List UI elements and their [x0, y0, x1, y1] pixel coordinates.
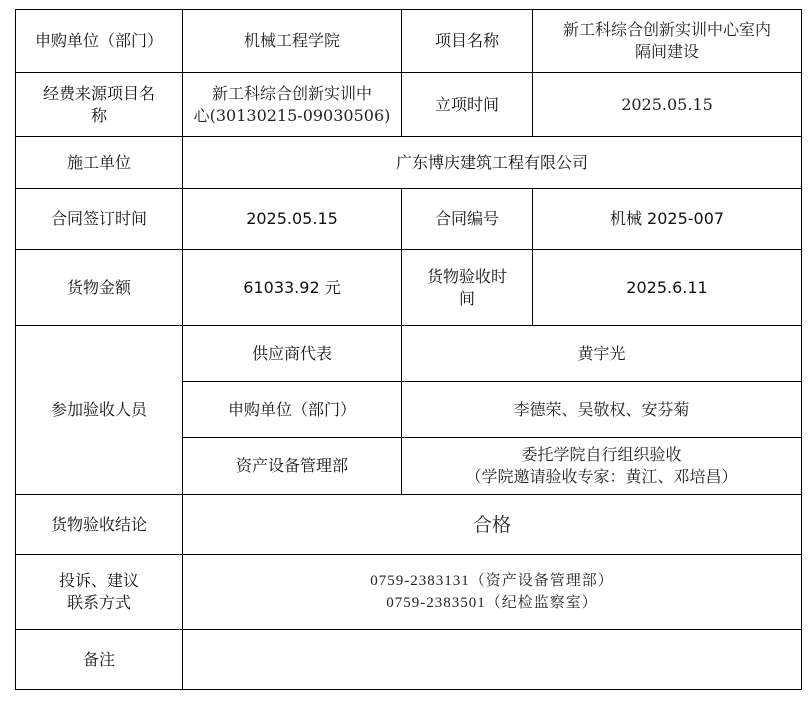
participant-role: 供应商代表	[183, 326, 402, 382]
funding-label: 经费来源项目名 称	[16, 73, 183, 137]
acceptance-form-table: 申购单位（部门） 机械工程学院 项目名称 新工科综合创新实训中心室内 隔间建设 …	[15, 9, 802, 690]
participant-names: 李德荣、吴敬权、安芬菊	[402, 382, 802, 438]
contact-label: 投诉、建议 联系方式	[16, 555, 183, 630]
funding-value: 新工科综合创新实训中 心(30130215-09030506)	[183, 73, 402, 137]
acceptance-time-label: 货物验收时 间	[402, 250, 533, 326]
row-remarks: 备注	[16, 630, 802, 690]
participants-label: 参加验收人员	[16, 326, 183, 495]
contract-date-value: 2025.05.15	[183, 189, 402, 250]
project-name-label: 项目名称	[402, 10, 533, 73]
contract-date-label: 合同签订时间	[16, 189, 183, 250]
funding-value-line-2: 心(30130215-09030506)	[187, 105, 397, 127]
funding-label-line-1: 经费来源项目名	[20, 83, 178, 105]
project-name-line-2: 隔间建设	[537, 41, 797, 63]
participant-names: 委托学院自行组织验收 （学院邀请验收专家：黄江、邓培昌）	[402, 438, 802, 495]
acceptance-time-label-line-1: 货物验收时	[406, 266, 528, 288]
acceptance-time-label-line-2: 间	[406, 288, 528, 310]
funding-value-line-1: 新工科综合创新实训中	[187, 83, 397, 105]
approval-time-value: 2025.05.15	[533, 73, 802, 137]
row-contact: 投诉、建议 联系方式 0759-2383131（资产设备管理部） 0759-23…	[16, 555, 802, 630]
participant-role: 资产设备管理部	[183, 438, 402, 495]
conclusion-value: 合格	[183, 495, 802, 555]
row-amount: 货物金额 61033.92 元 货物验收时 间 2025.6.11	[16, 250, 802, 326]
row-contract: 合同签订时间 2025.05.15 合同编号 机械 2025-007	[16, 189, 802, 250]
purchaser-value: 机械工程学院	[183, 10, 402, 73]
contact-label-line-1: 投诉、建议	[20, 570, 178, 592]
participant-names-line-2: （学院邀请验收专家：黄江、邓培昌）	[406, 466, 797, 488]
project-name-value: 新工科综合创新实训中心室内 隔间建设	[533, 10, 802, 73]
row-contractor: 施工单位 广东博庆建筑工程有限公司	[16, 137, 802, 189]
purchaser-label: 申购单位（部门）	[16, 10, 183, 73]
contractor-label: 施工单位	[16, 137, 183, 189]
acceptance-time-value: 2025.6.11	[533, 250, 802, 326]
amount-label: 货物金额	[16, 250, 183, 326]
remarks-value	[183, 630, 802, 690]
funding-label-line-2: 称	[20, 105, 178, 127]
contractor-value: 广东博庆建筑工程有限公司	[183, 137, 802, 189]
remarks-label: 备注	[16, 630, 183, 690]
participant-names-line-1: 委托学院自行组织验收	[406, 444, 797, 466]
row-conclusion: 货物验收结论 合格	[16, 495, 802, 555]
row-participant-supplier: 参加验收人员 供应商代表 黄宇光	[16, 326, 802, 382]
contract-no-value: 机械 2025-007	[533, 189, 802, 250]
conclusion-label: 货物验收结论	[16, 495, 183, 555]
contract-no-label: 合同编号	[402, 189, 533, 250]
row-purchaser: 申购单位（部门） 机械工程学院 项目名称 新工科综合创新实训中心室内 隔间建设	[16, 10, 802, 73]
contact-line-discipline-office: 0759-2383501（纪检监察室）	[187, 592, 797, 614]
contact-value: 0759-2383131（资产设备管理部） 0759-2383501（纪检监察室…	[183, 555, 802, 630]
approval-time-label: 立项时间	[402, 73, 533, 137]
contact-line-asset-dept: 0759-2383131（资产设备管理部）	[187, 570, 797, 592]
amount-value: 61033.92 元	[183, 250, 402, 326]
participant-role: 申购单位（部门）	[183, 382, 402, 438]
participant-names: 黄宇光	[402, 326, 802, 382]
contact-label-line-2: 联系方式	[20, 592, 178, 614]
project-name-line-1: 新工科综合创新实训中心室内	[537, 19, 797, 41]
row-funding: 经费来源项目名 称 新工科综合创新实训中 心(30130215-09030506…	[16, 73, 802, 137]
